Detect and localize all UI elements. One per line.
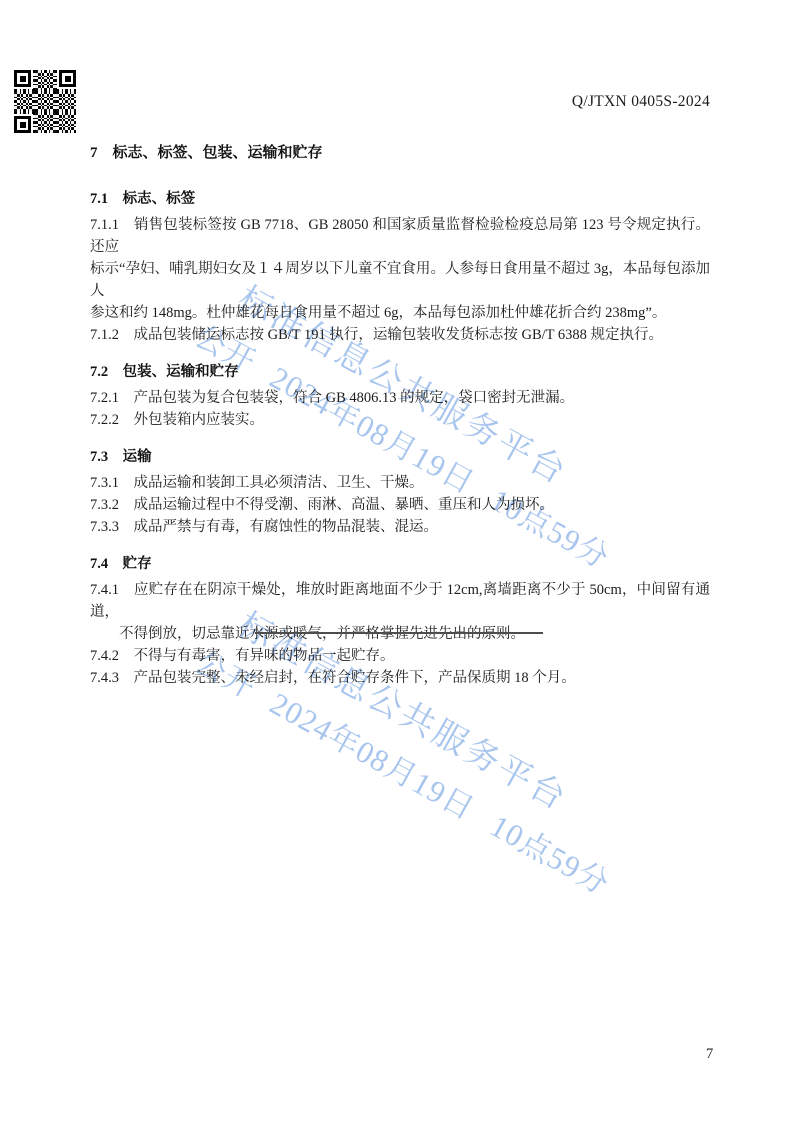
- clause-7-2-1: 7.2.1 产品包装为复合包装袋，符合 GB 4806.13 的规定，袋口密封无…: [90, 387, 710, 409]
- qr-finder-bottom-left: [14, 116, 31, 133]
- watermark-date: 2024年08月19日: [264, 686, 480, 827]
- section-7-heading: 7 标志、标签、包装、运输和贮存: [90, 142, 710, 164]
- clause-7-4-2: 7.4.2 不得与有毒害，有异味的物品一起贮存。: [90, 645, 710, 667]
- standard-code: Q/JTXN 0405S-2024: [572, 93, 710, 111]
- subsection-7-1-heading: 7.1 标志、标签: [90, 188, 710, 210]
- clause-7-4-1: 7.4.1 应贮存在在阴凉干燥处，堆放时距离地面不少于 12cm,离墙距离不少于…: [90, 579, 710, 645]
- subsection-7-4-heading: 7.4 贮存: [90, 553, 710, 575]
- clause-7-3-2: 7.3.2 成品运输过程中不得受潮、雨淋、高温、暴晒、重压和人为损坏。: [90, 494, 710, 516]
- subsection-7-3-heading: 7.3 运输: [90, 446, 710, 468]
- page-number: 7: [706, 1046, 713, 1063]
- qr-finder-top-left: [14, 70, 31, 87]
- watermark-time: 10点59分: [485, 808, 616, 902]
- document-page: Q/JTXN 0405S-2024 标准信息公共服务平台 公开2024年08月1…: [0, 0, 794, 1123]
- document-body: 7 标志、标签、包装、运输和贮存 7.1 标志、标签 7.1.1 销售包装标签按…: [90, 142, 710, 689]
- qr-code-icon: [12, 68, 78, 135]
- footnote-divider-line: [255, 632, 543, 634]
- clause-7-4-3: 7.4.3 产品包装完整、未经启封，在符合贮存条件下，产品保质期 18 个月。: [90, 667, 710, 689]
- clause-7-1-2: 7.1.2 成品包装储运标志按 GB/T 191 执行，运输包装收发货标志按 G…: [90, 324, 710, 346]
- subsection-7-2-heading: 7.2 包装、运输和贮存: [90, 361, 710, 383]
- clause-7-3-1: 7.3.1 成品运输和装卸工具必须清洁、卫生、干燥。: [90, 472, 710, 494]
- clause-7-2-2: 7.2.2 外包装箱内应装实。: [90, 409, 710, 431]
- clause-7-1-1: 7.1.1 销售包装标签按 GB 7718、GB 28050 和国家质量监督检验…: [90, 214, 710, 324]
- qr-finder-top-right: [59, 70, 76, 87]
- clause-7-3-3: 7.3.3 成品严禁与有毒，有腐蚀性的物品混装、混运。: [90, 516, 710, 538]
